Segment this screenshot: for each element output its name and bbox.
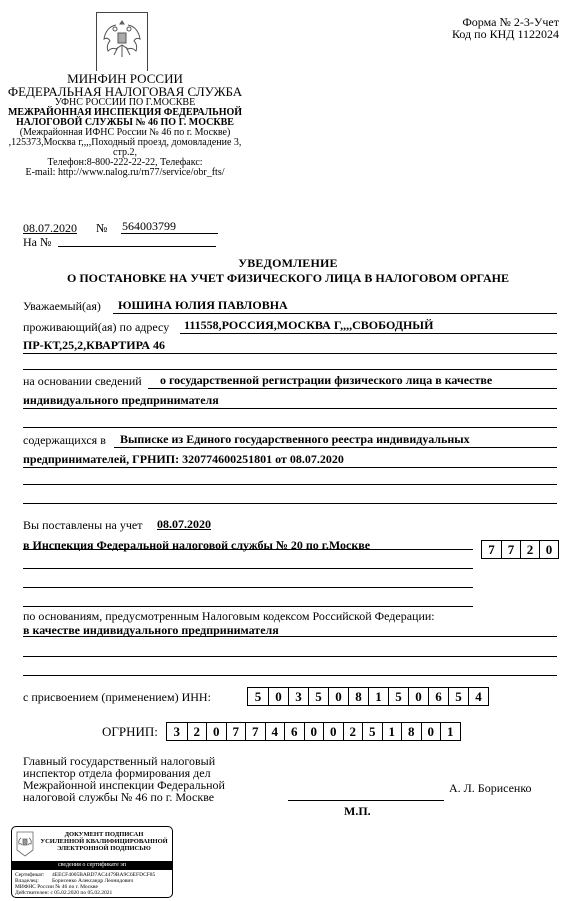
contained-line1: Выписке из Единого государственного реес… — [120, 433, 470, 445]
digit-cell: 2 — [187, 723, 207, 740]
digit-cell: 4 — [265, 723, 285, 740]
digit-cell: 3 — [167, 723, 187, 740]
form-info: Форма № 2-3-Учет Код по КНД 1122024 — [452, 16, 559, 40]
registered-label: Вы поставлены на учет — [23, 519, 143, 531]
e-signature-stamp: ДОКУМЕНТ ПОДПИСАН УСИЛЕННОЙ КВАЛИФИЦИРОВ… — [11, 826, 173, 898]
digit-cell: 0 — [206, 723, 226, 740]
digit-cell: 7 — [501, 541, 520, 558]
reply-label: На № — [23, 236, 51, 248]
notice-title: УВЕДОМЛЕНИЕ — [0, 257, 576, 269]
issuer-block: МИНФИН РОССИИ ФЕДЕРАЛЬНАЯ НАЛОГОВАЯ СЛУЖ… — [0, 72, 250, 178]
digit-cell: 5 — [362, 723, 382, 740]
digit-cell: 2 — [343, 723, 363, 740]
stamp-bar: сведения о сертификате эп — [12, 861, 172, 870]
digit-cell: 7 — [482, 541, 501, 558]
digit-cell: 7 — [245, 723, 265, 740]
ogrnip-cells: 320774600251801 — [166, 722, 461, 741]
digit-cell: 0 — [539, 541, 558, 558]
doc-date: 08.07.2020 — [23, 222, 77, 234]
digit-cell: 0 — [328, 688, 348, 705]
digit-cell: 6 — [428, 688, 448, 705]
coat-of-arms-emblem — [96, 12, 148, 65]
grounds-label: по основаниям, предусмотренным Налоговым… — [23, 610, 435, 622]
signer-name: А. Л. Борисенко — [449, 782, 532, 794]
registered-date: 08.07.2020 — [157, 518, 211, 530]
dear-label: Уважаемый(ая) — [23, 300, 101, 312]
digit-cell: 0 — [323, 723, 343, 740]
basis-line1: о государственной регистрации физическог… — [160, 374, 492, 386]
stamp-title-line: ЭЛЕКТРОННОЙ ПОДПИСЬЮ — [38, 845, 170, 852]
digit-cell: 6 — [284, 723, 304, 740]
digit-cell: 5 — [448, 688, 468, 705]
inspection-code: 7720 — [481, 540, 559, 559]
digit-cell: 1 — [368, 688, 388, 705]
doc-number-label: № — [96, 222, 107, 234]
address-line1: 111558,РОССИЯ,МОСКВА Г,,,,СВОБОДНЫЙ — [184, 319, 433, 331]
valid-label: Действителен: — [15, 890, 49, 896]
basis-label: на основании сведений — [23, 375, 142, 387]
doc-number: 564003799 — [122, 220, 176, 232]
notice-subtitle: О ПОСТАНОВКЕ НА УЧЕТ ФИЗИЧЕСКОГО ЛИЦА В … — [0, 272, 576, 284]
stamp-title-line: ДОКУМЕНТ ПОДПИСАН — [38, 831, 170, 838]
digit-cell: 0 — [421, 723, 441, 740]
position-line: налоговой службы № 46 по г. Москве — [23, 791, 225, 803]
ogrnip-label: ОГРНИП: — [102, 726, 158, 738]
digit-cell: 1 — [382, 723, 402, 740]
inn-cells: 503508150654 — [247, 687, 489, 706]
stamp-title: ДОКУМЕНТ ПОДПИСАН УСИЛЕННОЙ КВАЛИФИЦИРОВ… — [38, 831, 170, 852]
digit-cell: 0 — [304, 723, 324, 740]
knd-code: Код по КНД 1122024 — [452, 28, 559, 40]
digit-cell: 5 — [388, 688, 408, 705]
digit-cell: 5 — [308, 688, 328, 705]
contained-label: содержащихся в — [23, 434, 106, 446]
stamp-validity: Действителен: с 05.02.2020 по 05.02.2021 — [15, 890, 112, 896]
russian-coat-of-arms-icon — [102, 17, 142, 61]
coat-of-arms-icon — [15, 830, 35, 858]
address-line2: ПР-КТ,25,2,КВАРТИРА 46 — [23, 339, 165, 351]
basis-line2: индивидуального предпринимателя — [23, 394, 219, 406]
digit-cell: 0 — [268, 688, 288, 705]
seal-label: М.П. — [344, 805, 371, 817]
valid-value: с 05.02.2020 по 05.02.2021 — [50, 890, 112, 896]
taxpayer-name: ЮШИНА ЮЛИЯ ПАВЛОВНА — [118, 299, 288, 311]
digit-cell: 3 — [288, 688, 308, 705]
stamp-title-line: УСИЛЕННОЙ КВАЛИФИЦИРОВАННОЙ — [38, 838, 170, 845]
contained-line2: предпринимателей, ГРНИП: 320774600251801… — [23, 453, 344, 465]
digit-cell: 4 — [468, 688, 488, 705]
signer-position: Главный государственный налоговый инспек… — [23, 755, 225, 803]
grounds-value: в качестве индивидуального предпринимате… — [23, 624, 279, 636]
digit-cell: 0 — [408, 688, 428, 705]
issuer-email: E-mail: http://www.nalog.ru/rn77/service… — [0, 168, 250, 178]
digit-cell: 5 — [248, 688, 268, 705]
inn-label: с присвоением (применением) ИНН: — [23, 691, 211, 703]
digit-cell: 8 — [401, 723, 421, 740]
address-label: проживающий(ая) по адресу — [23, 321, 169, 333]
digit-cell: 8 — [348, 688, 368, 705]
digit-cell: 7 — [226, 723, 246, 740]
digit-cell: 1 — [440, 723, 460, 740]
digit-cell: 2 — [520, 541, 539, 558]
